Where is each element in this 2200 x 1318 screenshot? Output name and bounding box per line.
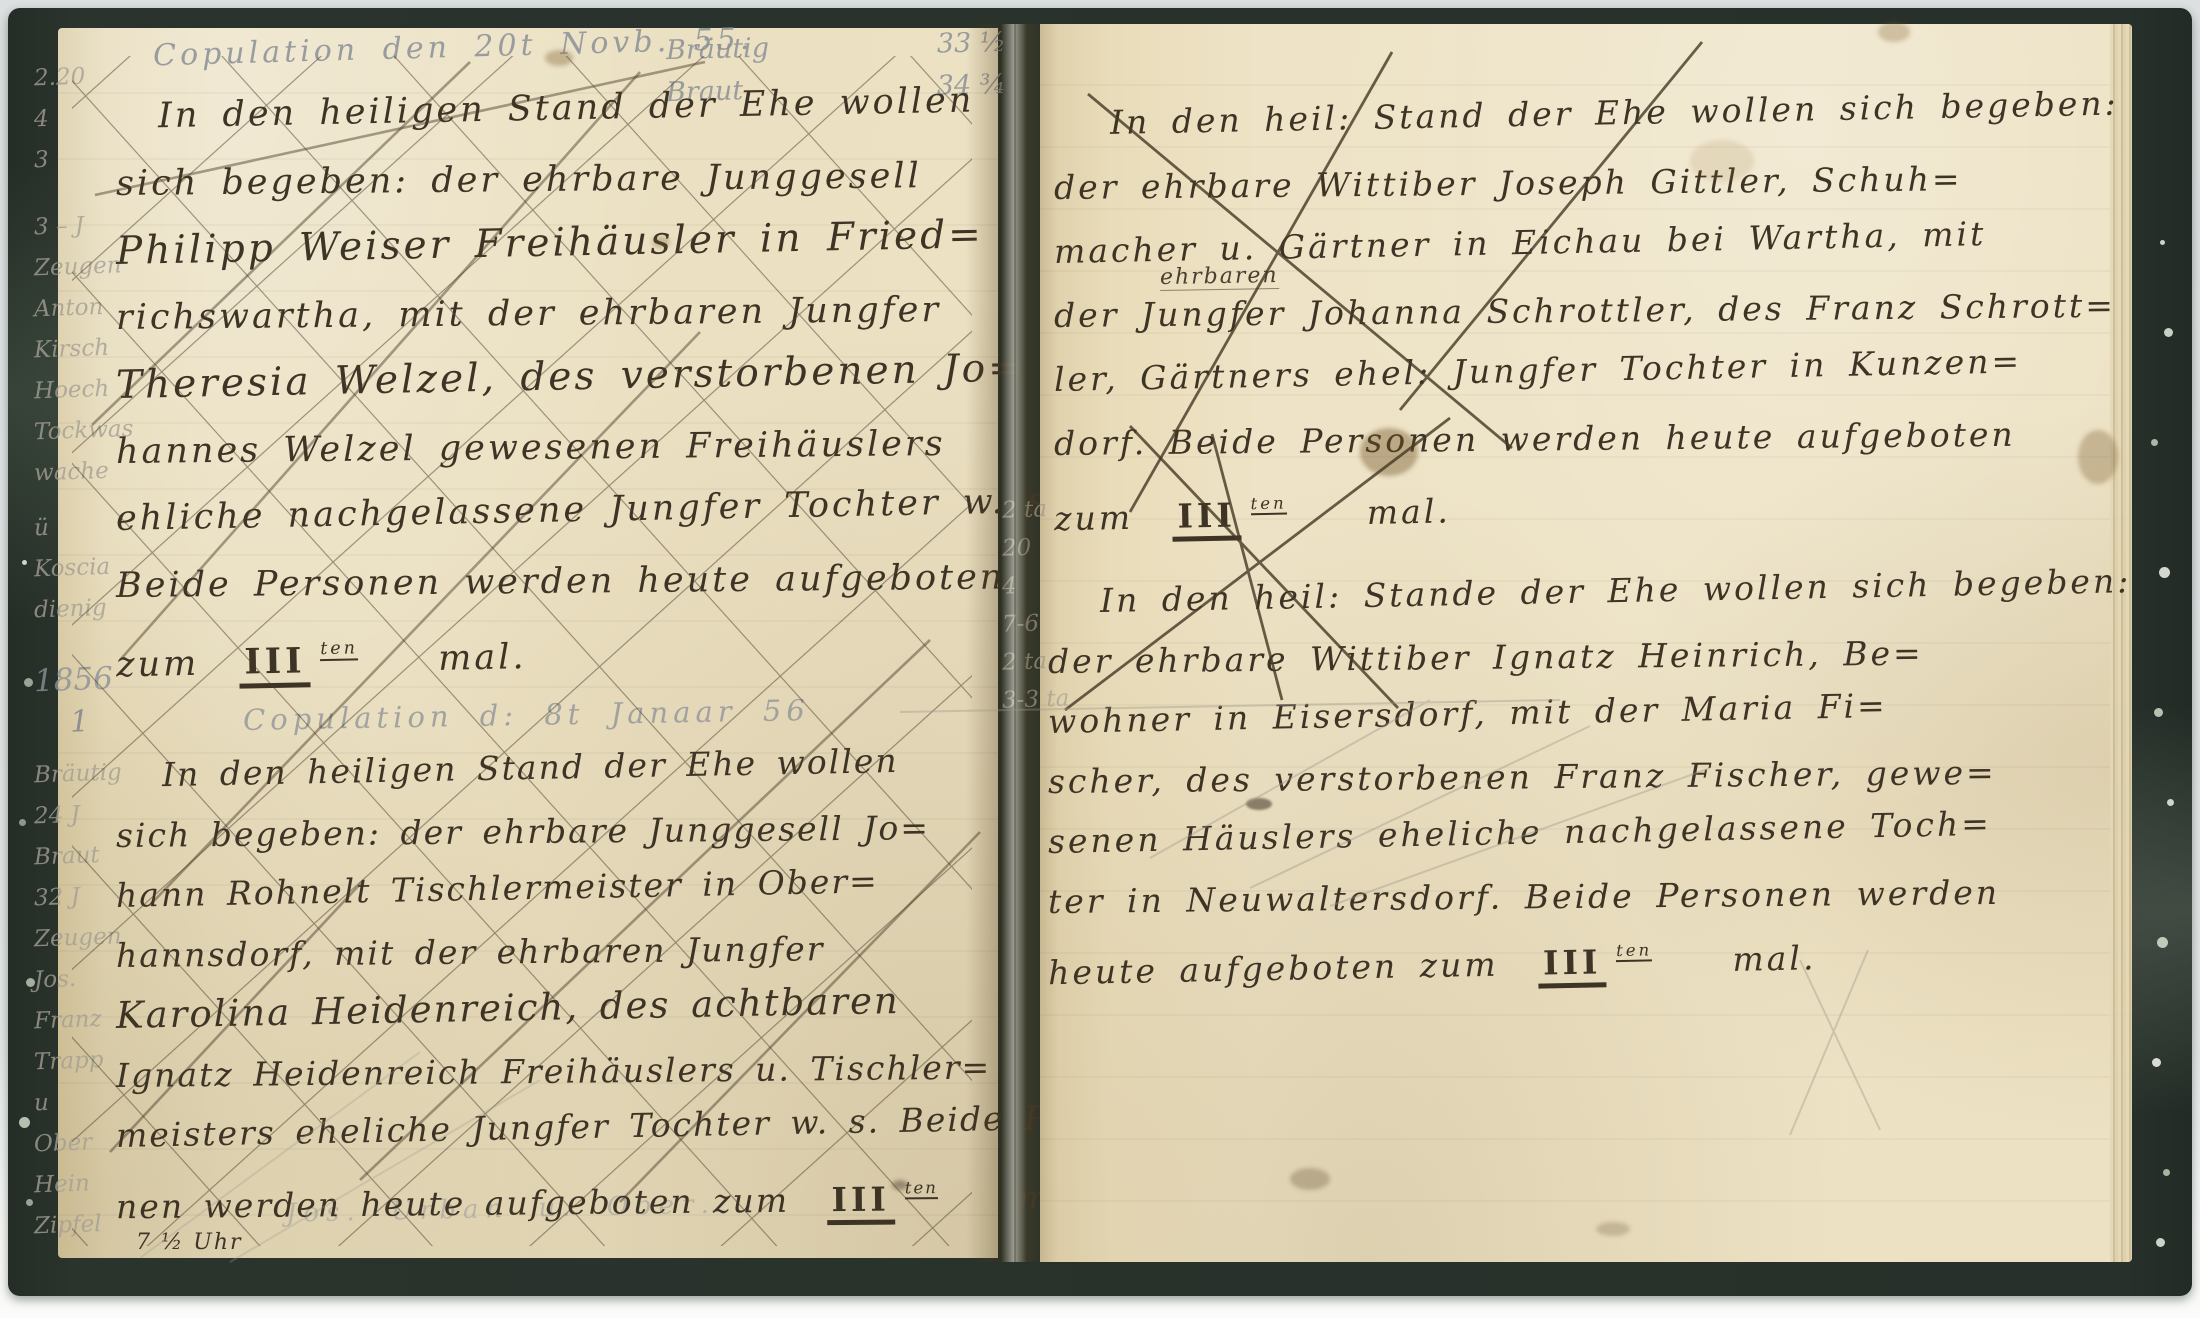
handwriting-text: mal. [438, 637, 527, 679]
groom-label: Bräutig [666, 28, 770, 73]
handwriting-line: In den heiligen Stand der Ehe wollen [115, 729, 1006, 806]
banns-entry-right-1: In den heil: Stand der Ehe wollen sich b… [1054, 92, 2118, 551]
book-gutter [966, 24, 1058, 1262]
ink-time-note: 7 ½ Uhr [136, 1230, 243, 1255]
edge-wear [2160, 240, 2165, 245]
left-page: Copulation den 20t Novb. 55. Bräutig 33 … [58, 28, 998, 1258]
handwriting-line: nen werden heute aufgeboten zum IIItenma… [116, 1157, 1007, 1237]
handwriting-text: ten [1250, 494, 1286, 516]
handwriting-text: ten [1616, 940, 1652, 962]
banns-count-roman: III [1172, 496, 1241, 542]
right-page: In den heil: Stand der Ehe wollen sich b… [1040, 24, 2132, 1262]
banns-entry-right-2: In den heil: Stande der Ehe wollen sich … [1048, 572, 2122, 1003]
banns-count-roman: III [826, 1180, 895, 1226]
margin-note: 1 [69, 698, 170, 742]
edge-wear [22, 560, 27, 565]
handwriting-text: mal. [1732, 939, 1817, 980]
inserted-word: ehrbaren [1160, 263, 1279, 291]
handwriting-text: ten [905, 1178, 938, 1199]
handwriting-text: mal. [1366, 492, 1451, 533]
handwriting-line: zum IIItenmal. [115, 603, 986, 699]
handwriting-line: In den heil: Stand der Ehe wollen sich b… [1053, 72, 2118, 156]
banns-entry-left-1: In den heiligen Stand der Ehe wollensich… [116, 84, 986, 699]
book-spread: Copulation den 20t Novb. 55. Bräutig 33 … [0, 0, 2200, 1318]
banns-count-roman: III [239, 641, 311, 689]
pencil-copulation-note: Copulation d: 8t Janaar 56 [243, 693, 810, 737]
banns-entry-left-2: In den heiligen Stand der Ehe wollensich… [116, 746, 1006, 1237]
handwriting-text: nen werden heute aufgeboten zum [116, 1181, 809, 1227]
handwriting-text: heute aufgeboten zum [1048, 944, 1521, 992]
banns-count-roman: III [1538, 943, 1607, 989]
handwriting-line: In den heiligen Stand der Ehe wollen [115, 67, 986, 151]
handwriting-line: In den heil: Stande der Ehe wollen sich … [1047, 551, 2122, 632]
pencil-date-annotation: Copulation den 20t Novb. 55. [153, 22, 754, 74]
handwriting-text: zum [1054, 497, 1155, 538]
handwriting-text: ten [320, 638, 358, 661]
handwriting-text: zum [116, 643, 222, 685]
